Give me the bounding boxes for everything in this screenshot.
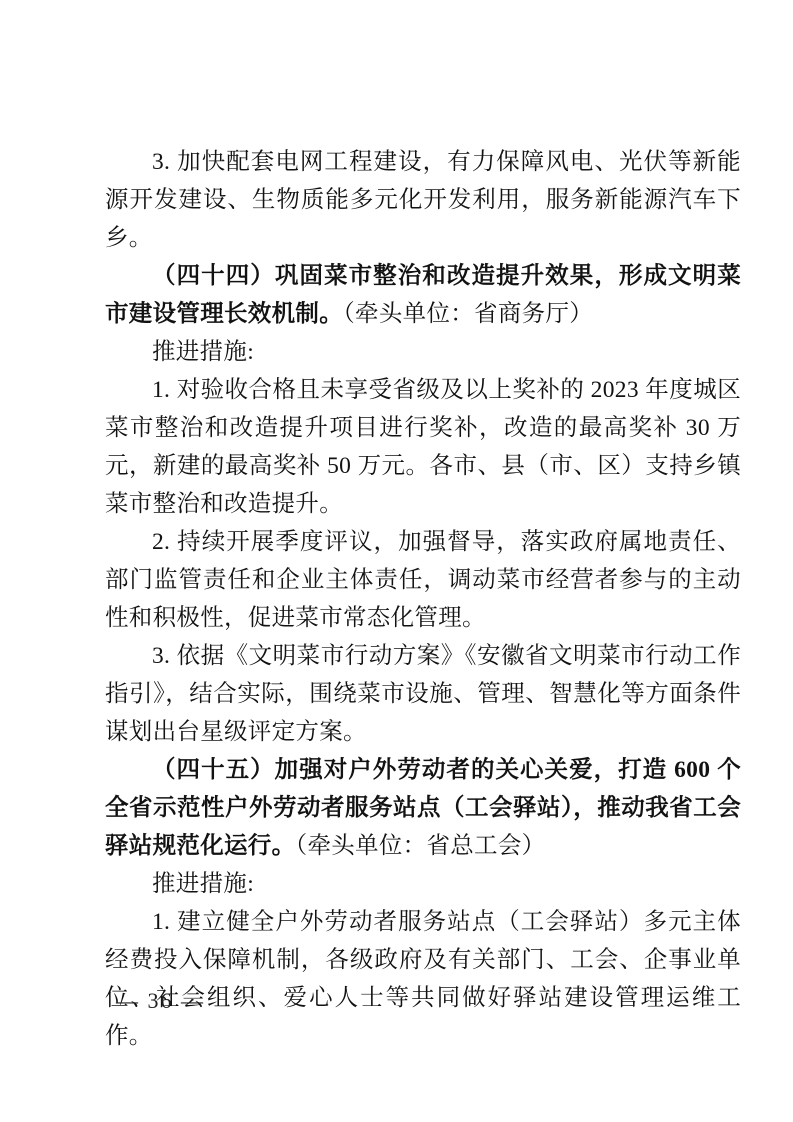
paragraph-text-segment: 1. 建立健全户外劳动者服务站点（工会驿站）多元主体经费投入保障机制，各级政府及… bbox=[105, 909, 741, 1049]
measure-44-item-3: 3. 依据《文明菜市行动方案》《安徽省文明菜市行动工作指引》，结合实际，围绕菜市… bbox=[105, 637, 741, 751]
measures-label-section-45: 推进措施: bbox=[105, 865, 741, 903]
document-body: 3. 加快配套电网工程建设，有力保障风电、光伏等新能源开发建设、生物质能多元化开… bbox=[105, 143, 741, 1055]
lead-unit-label: （牵头单位：省总工会） bbox=[295, 833, 545, 859]
measure-45-item-1: 1. 建立健全户外劳动者服务站点（工会驿站）多元主体经费投入保障机制，各级政府及… bbox=[105, 903, 741, 1055]
lead-unit-label: （牵头单位：省商务厅） bbox=[343, 301, 593, 327]
section-heading-45: （四十五）加强对户外劳动者的关心关爱，打造 600 个全省示范性户外劳动者服务站… bbox=[105, 751, 741, 865]
paragraph-text-segment: 3. 依据《文明菜市行动方案》《安徽省文明菜市行动工作指引》，结合实际，围绕菜市… bbox=[105, 643, 741, 745]
paragraph-text-segment: 推进措施: bbox=[152, 339, 254, 365]
page-number: — 36 — bbox=[116, 988, 205, 1014]
paragraph-text-segment: 1. 对验收合格且未享受省级及以上奖补的 2023 年度城区菜市整治和改造提升项… bbox=[105, 377, 741, 517]
paragraph-text-segment: 3. 加快配套电网工程建设，有力保障风电、光伏等新能源开发建设、生物质能多元化开… bbox=[105, 149, 741, 251]
paragraph-text-segment: 推进措施: bbox=[152, 871, 254, 897]
measures-label-section-44: 推进措施: bbox=[105, 333, 741, 371]
measure-44-item-1: 1. 对验收合格且未享受省级及以上奖补的 2023 年度城区菜市整治和改造提升项… bbox=[105, 371, 741, 523]
paragraph-grid-construction: 3. 加快配套电网工程建设，有力保障风电、光伏等新能源开发建设、生物质能多元化开… bbox=[105, 143, 741, 257]
document-page: 3. 加快配套电网工程建设，有力保障风电、光伏等新能源开发建设、生物质能多元化开… bbox=[0, 0, 793, 1122]
paragraph-text-segment: 2. 持续开展季度评议，加强督导，落实政府属地责任、部门监管责任和企业主体责任，… bbox=[105, 529, 741, 631]
section-heading-44: （四十四）巩固菜市整治和改造提升效果，形成文明菜市建设管理长效机制。（牵头单位：… bbox=[105, 257, 741, 333]
measure-44-item-2: 2. 持续开展季度评议，加强督导，落实政府属地责任、部门监管责任和企业主体责任，… bbox=[105, 523, 741, 637]
